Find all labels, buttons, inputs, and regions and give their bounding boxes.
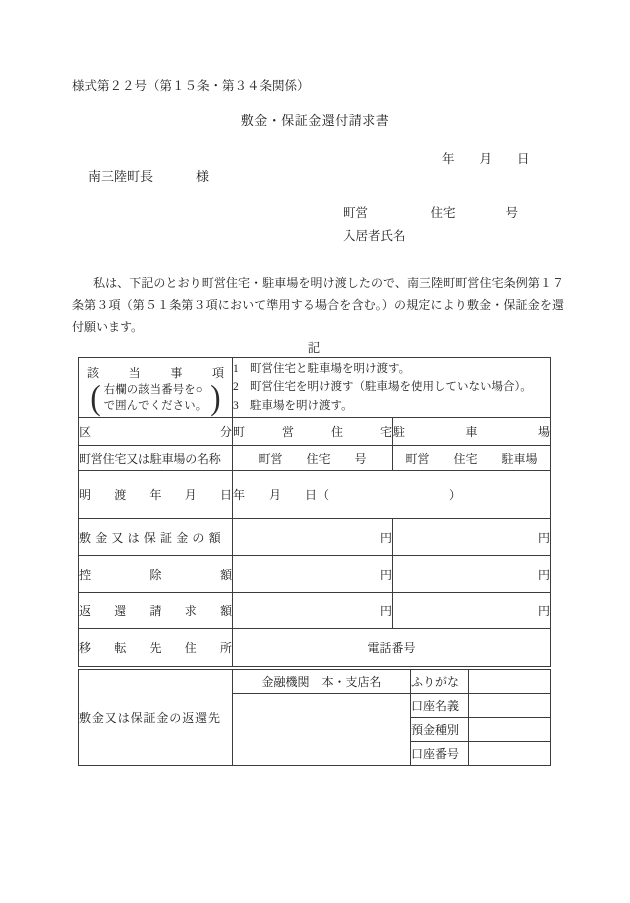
applicable-note: ( 右欄の該当番号を○ で囲んでください。 ) xyxy=(79,382,232,414)
applicable-note-lines: 右欄の該当番号を○ で囲んでください。 xyxy=(104,382,207,414)
addressee-name: 南三陸町長 xyxy=(88,169,153,185)
option-number: 1 xyxy=(233,360,250,378)
applicable-note-line1: 右欄の該当番号を○ xyxy=(104,382,207,398)
account-name-label: 口座名義 xyxy=(411,694,469,718)
addressee-gap xyxy=(153,169,196,185)
account-number-label: 口座番号 xyxy=(411,742,469,766)
category-parking: 駐 車 場 xyxy=(393,418,551,446)
new-address-label: 移 転 先 住 所 xyxy=(79,629,233,667)
handover-date-value: 年 月 日（ ） xyxy=(233,471,551,519)
name-parking-value: 町営 住宅 駐車場 xyxy=(393,446,551,471)
addressee-line: 南三陸町長 様 xyxy=(88,169,209,185)
institution-header: 金融機関 本・支店名 xyxy=(233,670,411,694)
applicable-note-line2: で囲んでください。 xyxy=(104,398,207,414)
furigana-value-cell xyxy=(469,670,551,694)
option-number: 3 xyxy=(233,397,250,415)
option-text: 駐車場を明け渡す。 xyxy=(250,397,353,415)
section-heading-ki: 記 xyxy=(0,341,628,356)
option-number: 2 xyxy=(233,378,250,396)
category-housing: 町 営 住 宅 xyxy=(233,418,393,446)
left-bracket: ( xyxy=(90,381,100,415)
deposit-parking-amount-cell: 円 xyxy=(393,519,551,556)
applicable-label: 該 当 事 項 xyxy=(79,361,232,381)
account-type-label: 預金種別 xyxy=(411,718,469,742)
name-label: 町営住宅又は駐車場の名称 xyxy=(79,446,233,471)
deduction-parking-amount-cell: 円 xyxy=(393,556,551,593)
applicable-label-cell: 該 当 事 項 ( 右欄の該当番号を○ で囲んでください。 ) xyxy=(79,358,233,418)
body-paragraph: 私は、下記のとおり町営住宅・駐車場を明け渡したので、南三陸町町営住宅条例第１７条… xyxy=(72,272,564,338)
phone-number-label: 電話番号 xyxy=(233,629,551,667)
table-row-handover-date: 明 渡 年 月 日 年 月 日（ ） xyxy=(79,471,551,519)
option-text: 町営住宅を明け渡す（駐車場を使用していない場合）。 xyxy=(250,378,532,396)
applicable-option-3: 3 駐車場を明け渡す。 xyxy=(233,397,550,415)
table-row-category: 区 分 町 営 住 宅 駐 車 場 xyxy=(79,418,551,446)
option-text: 町営住宅と駐車場を明け渡す。 xyxy=(250,360,410,378)
bank-refund-label: 敷金又は保証金の返還先 xyxy=(79,670,233,766)
furigana-label: ふりがな xyxy=(411,670,469,694)
category-label: 区 分 xyxy=(79,418,233,446)
table-row-new-address: 移 転 先 住 所 電話番号 xyxy=(79,629,551,667)
right-bracket: ) xyxy=(210,381,220,415)
deposit-housing-amount-cell: 円 xyxy=(233,519,393,556)
refund-housing-amount-cell: 円 xyxy=(233,593,393,629)
deduction-housing-amount-cell: 円 xyxy=(233,556,393,593)
table-row-deposit-amount: 敷金又は保証金の額 円 円 xyxy=(79,519,551,556)
addressee-honorific: 様 xyxy=(196,169,209,185)
table-row-applicable: 該 当 事 項 ( 右欄の該当番号を○ で囲んでください。 ) 1 町営住宅と駐… xyxy=(79,358,551,418)
housing-unit-line: 町営 住宅 号 xyxy=(343,206,518,221)
name-housing-value: 町営 住宅 号 xyxy=(233,446,393,471)
refund-parking-amount-cell: 円 xyxy=(393,593,551,629)
table-row-name: 町営住宅又は駐車場の名称 町営 住宅 号 町営 住宅 駐車場 xyxy=(79,446,551,471)
document-page: 様式第２２号（第１５条・第３４条関係） 敷金・保証金還付請求書 年 月 日 南三… xyxy=(0,0,630,903)
main-table: 該 当 事 項 ( 右欄の該当番号を○ で囲んでください。 ) 1 町営住宅と駐… xyxy=(78,357,551,667)
date-line: 年 月 日 xyxy=(442,152,530,167)
bank-refund-table: 敷金又は保証金の返還先 金融機関 本・支店名 ふりがな 口座名義 預金種別 口座… xyxy=(78,669,551,766)
refund-claim-label: 返 還 請 求 額 xyxy=(79,593,233,629)
deposit-amount-label: 敷金又は保証金の額 xyxy=(79,519,233,556)
page-title: 敷金・保証金還付請求書 xyxy=(0,113,630,129)
account-type-value-cell xyxy=(469,718,551,742)
table-row-deduction-amount: 控 除 額 円 円 xyxy=(79,556,551,593)
applicable-options-cell: 1 町営住宅と駐車場を明け渡す。 2 町営住宅を明け渡す（駐車場を使用していない… xyxy=(233,358,551,418)
form-number: 様式第２２号（第１５条・第３４条関係） xyxy=(72,79,310,94)
account-number-value-cell xyxy=(469,742,551,766)
applicable-option-1: 1 町営住宅と駐車場を明け渡す。 xyxy=(233,360,550,378)
applicable-option-2: 2 町営住宅を明け渡す（駐車場を使用していない場合）。 xyxy=(233,378,550,396)
handover-date-label: 明 渡 年 月 日 xyxy=(79,471,233,519)
account-name-value-cell xyxy=(469,694,551,718)
table-row-refund-claim: 返 還 請 求 額 円 円 xyxy=(79,593,551,629)
table-row-bank-1: 敷金又は保証金の返還先 金融機関 本・支店名 ふりがな xyxy=(79,670,551,694)
resident-name-label: 入居者氏名 xyxy=(343,229,406,244)
institution-value-cell xyxy=(233,694,411,766)
deduction-label: 控 除 額 xyxy=(79,556,233,593)
